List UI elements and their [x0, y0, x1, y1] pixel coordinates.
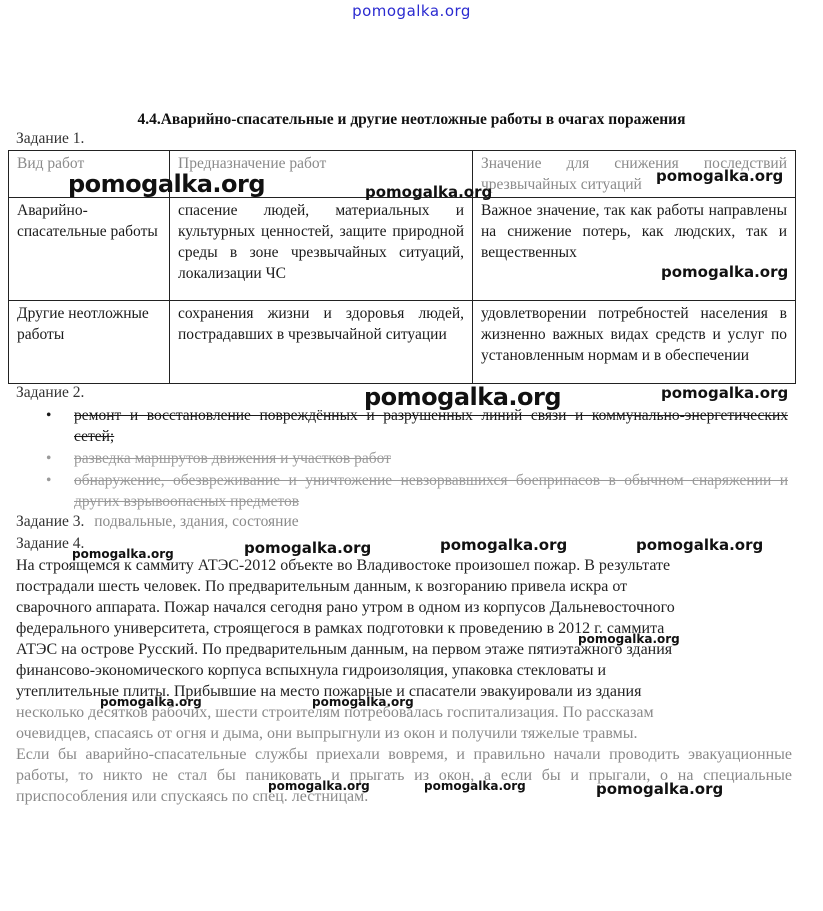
- cell-significance: удовлетворении потребностей населения в …: [473, 301, 796, 384]
- list-item-text: обнаружение, обезвреживание и уничтожени…: [74, 472, 788, 510]
- watermark: pomogalka.org: [578, 632, 680, 646]
- watermark: pomogalka.org: [636, 536, 763, 554]
- bullet-icon: •: [46, 448, 51, 469]
- watermark: pomogalka.org: [100, 695, 202, 709]
- paragraph-line: финансово-экономического корпуса вспыхну…: [16, 660, 792, 681]
- task-4-text: На строящемся к саммиту АТЭС-2012 объект…: [16, 555, 792, 807]
- site-header-logo[interactable]: pomogalka.org: [0, 2, 823, 20]
- task-1-label: Задание 1.: [16, 130, 84, 148]
- task-3-answer: подвальные, здания, состояние: [94, 513, 298, 530]
- watermark: pomogalka.org: [365, 183, 492, 201]
- cell-purpose: сохранения жизни и здоровья людей, постр…: [170, 301, 473, 384]
- watermark: pomogalka.org: [68, 170, 265, 198]
- paragraph-line: сварочного аппарата. Пожар начался сегод…: [16, 597, 792, 618]
- cell-significance: Важное значение, так как работы направле…: [473, 198, 796, 301]
- list-item: • ремонт и восстановление повреждённых и…: [40, 405, 788, 447]
- task-3-label: Задание 3.: [16, 513, 84, 530]
- watermark: pomogalka.org: [424, 779, 526, 793]
- paragraph-line: очевидцев, спасаясь от огня и дыма, они …: [16, 723, 792, 744]
- task-3-line: Задание 3. подвальные, здания, состояние: [16, 513, 299, 531]
- watermark: pomogalka.org: [72, 547, 174, 561]
- cell-type: Другие неотложные работы: [9, 301, 170, 384]
- list-item-text: разведка маршрутов движения и участков р…: [74, 450, 391, 467]
- section-title: 4.4.Аварийно-спасательные и другие неотл…: [0, 111, 823, 129]
- table-row: Другие неотложные работы сохранения жизн…: [9, 301, 796, 384]
- cell-purpose: спасение людей, материальных и культурны…: [170, 198, 473, 301]
- list-item: • разведка маршрутов движения и участков…: [40, 448, 788, 469]
- watermark: pomogalka.org: [268, 779, 370, 793]
- bullet-icon: •: [46, 470, 51, 491]
- watermark: pomogalka.org: [440, 536, 567, 554]
- watermark: pomogalka.org: [244, 539, 371, 557]
- watermark: pomogalka.org: [661, 384, 788, 402]
- task-2-label: Задание 2.: [16, 384, 84, 402]
- paragraph-line: пострадали шесть человек. По предварител…: [16, 576, 792, 597]
- watermark: pomogalka.org: [364, 383, 561, 411]
- watermark: pomogalka.org: [661, 263, 788, 281]
- watermark: pomogalka.org: [596, 780, 723, 798]
- task-2-list: • ремонт и восстановление повреждённых и…: [40, 405, 788, 513]
- watermark: pomogalka.org: [656, 167, 783, 185]
- watermark: pomogalka.org: [312, 695, 414, 709]
- bullet-icon: •: [46, 405, 51, 426]
- list-item-text: ремонт и восстановление повреждённых и р…: [74, 407, 788, 445]
- cell-type: Аварийно-спасательные работы: [9, 198, 170, 301]
- table-row: Аварийно-спасательные работы спасение лю…: [9, 198, 796, 301]
- list-item: • обнаружение, обезвреживание и уничтоже…: [40, 470, 788, 512]
